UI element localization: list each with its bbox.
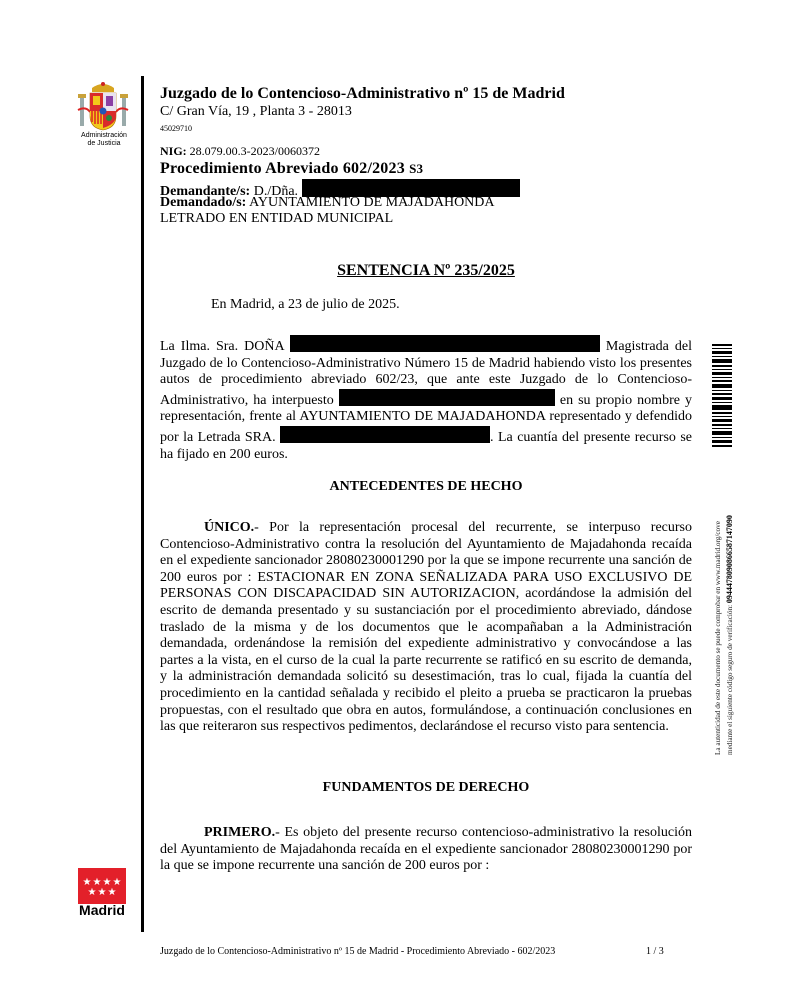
- svg-text:★: ★: [108, 887, 117, 898]
- coat-of-arms-icon: [76, 80, 130, 132]
- madrid-stars-flag-icon: ★★★★ ★★★: [78, 868, 126, 904]
- barcode-icon: [712, 344, 732, 448]
- justice-label-line2: de Justicia: [68, 140, 140, 148]
- justice-label-line1: Administración: [68, 132, 140, 140]
- procedure-number: Procedimiento Abreviado 602/2023: [160, 160, 409, 177]
- redaction-block: [290, 335, 600, 352]
- fundamentos-lead: PRIMERO.: [204, 825, 275, 840]
- intro-paragraph: La Ilma. Sra. DOÑA Magistrada del Juzgad…: [160, 335, 692, 463]
- sentence-title: SENTENCIA Nº 235/2025: [160, 262, 692, 280]
- letrado-line: LETRADO EN ENTIDAD MUNICIPAL: [160, 211, 393, 227]
- date-line: En Madrid, a 23 de julio de 2025.: [211, 297, 400, 313]
- court-name: Juzgado de lo Contencioso-Administrativo…: [160, 85, 565, 103]
- svg-text:★: ★: [98, 887, 107, 898]
- intro-text-1: La Ilma. Sra. DOÑA: [160, 339, 290, 354]
- margin-divider: [141, 76, 144, 932]
- court-address: C/ Gran Vía, 19 , Planta 3 - 28013: [160, 104, 352, 120]
- antecedentes-heading: ANTECEDENTES DE HECHO: [160, 479, 692, 495]
- fundamentos-paragraph: PRIMERO.- Es objeto del presente recurso…: [160, 825, 692, 875]
- verification-line1: La autenticidad de este documento se pue…: [713, 455, 724, 755]
- procedure-suffix: S3: [409, 161, 423, 176]
- nig-value: 28.079.00.3-2023/0060372: [187, 144, 320, 158]
- antecedentes-text: - Por la representación procesal del rec…: [160, 520, 692, 734]
- fundamentos-heading: FUNDAMENTOS DE DERECHO: [160, 780, 692, 796]
- page-footer: Juzgado de lo Contencioso-Administrativo…: [160, 946, 555, 957]
- antecedentes-paragraph: ÚNICO.- Por la representación procesal d…: [160, 520, 692, 736]
- verification-label: mediante el siguiente código seguro de v…: [726, 603, 734, 755]
- verification-code: 0944478090866587147090: [725, 515, 734, 603]
- nig-line: NIG: 28.079.00.3-2023/0060372: [160, 144, 320, 159]
- nig-label: NIG:: [160, 144, 187, 158]
- redaction-block: [280, 426, 490, 443]
- demandado-label: Demandado/s:: [160, 195, 246, 210]
- antecedentes-lead: ÚNICO.: [204, 520, 254, 535]
- page-number: 1 / 3: [646, 946, 664, 957]
- redaction-block: [339, 389, 555, 406]
- procedure-title: Procedimiento Abreviado 602/2023 S3: [160, 160, 423, 178]
- demandado-line: Demandado/s: AYUNTAMIENTO DE MAJADAHONDA: [160, 195, 495, 211]
- verification-line2: mediante el siguiente código seguro de v…: [724, 455, 736, 755]
- svg-text:★: ★: [88, 887, 97, 898]
- madrid-logo-label: Madrid: [70, 902, 134, 918]
- court-code: 45029710: [160, 124, 192, 133]
- verification-note: La autenticidad de este documento se pue…: [713, 455, 743, 755]
- justice-logo-label: Administración de Justicia: [68, 132, 140, 148]
- demandado-value: AYUNTAMIENTO DE MAJADAHONDA: [246, 195, 494, 210]
